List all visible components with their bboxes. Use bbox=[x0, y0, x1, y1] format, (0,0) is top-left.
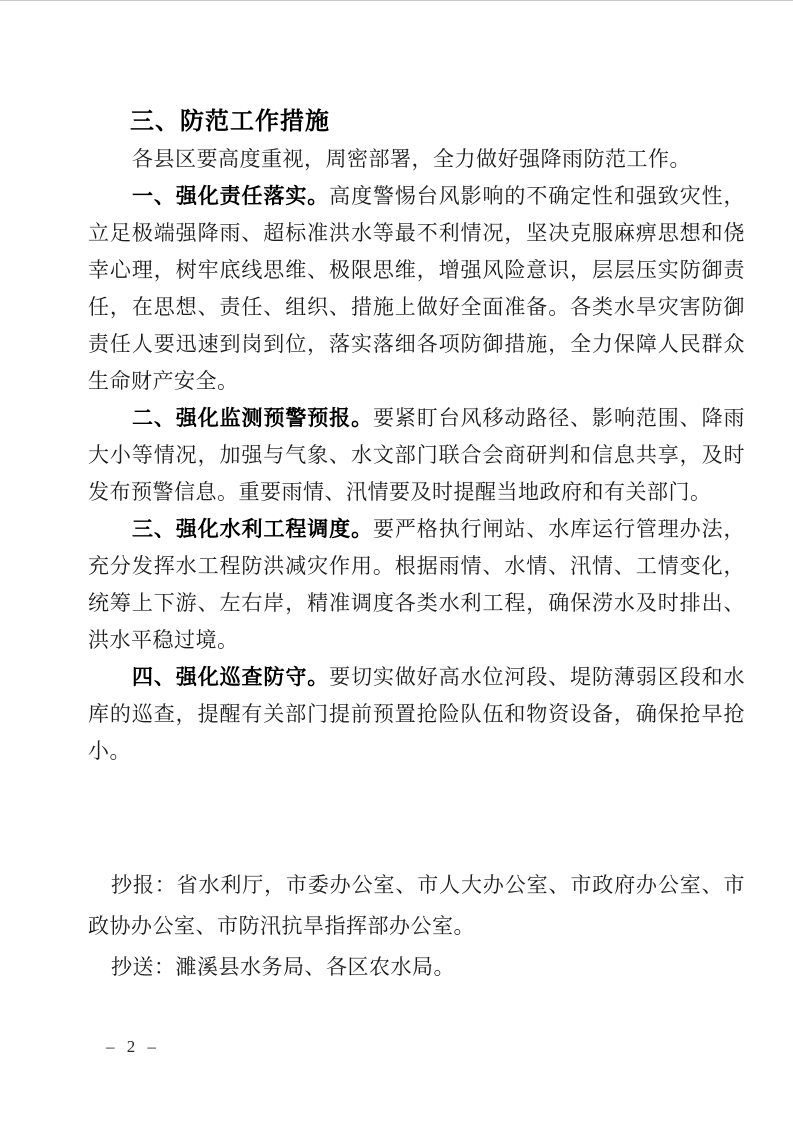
measure-paragraph-2: 二、强化监测预警预报。要紧盯台风移动路径、影响范围、降雨大小等情况，加强与气象、… bbox=[88, 400, 745, 511]
measure-paragraph-3: 三、强化水利工程调度。要严格执行闸站、水库运行管理办法，充分发挥水工程防洪减灾作… bbox=[88, 511, 745, 659]
measure-2-lead: 二、强化监测预警预报。 bbox=[132, 406, 373, 430]
cc-send-line: 抄送：濉溪县水务局、各区农水局。 bbox=[88, 947, 745, 988]
page-number: – 2 – bbox=[106, 1037, 160, 1057]
intro-paragraph: 各县区要高度重视，周密部署，全力做好强降雨防范工作。 bbox=[88, 141, 745, 178]
measure-4-lead: 四、强化巡查防守。 bbox=[132, 665, 329, 689]
measure-3-lead: 三、强化水利工程调度。 bbox=[132, 517, 373, 541]
measure-1-lead: 一、强化责任落实。 bbox=[132, 184, 329, 208]
document-page: 三、防范工作措施 各县区要高度重视，周密部署，全力做好强降雨防范工作。 一、强化… bbox=[0, 0, 793, 1123]
cc-report-line: 抄报：省水利厅，市委办公室、市人大办公室、市政府办公室、市政协办公室、市防汛抗旱… bbox=[88, 865, 745, 947]
document-content: 三、防范工作措施 各县区要高度重视，周密部署，全力做好强降雨防范工作。 一、强化… bbox=[88, 101, 745, 988]
measure-paragraph-1: 一、强化责任落实。高度警惕台风影响的不确定性和强致灾性，立足极端强降雨、超标准洪… bbox=[88, 178, 745, 400]
measure-paragraph-4: 四、强化巡查防守。要切实做好高水位河段、堤防薄弱区段和水库的巡查，提醒有关部门提… bbox=[88, 659, 745, 770]
cc-block: 抄报：省水利厅，市委办公室、市人大办公室、市政府办公室、市政协办公室、市防汛抗旱… bbox=[88, 865, 745, 988]
measure-1-text: 高度警惕台风影响的不确定性和强致灾性，立足极端强降雨、超标准洪水等最不利情况，坚… bbox=[88, 184, 745, 393]
section-heading: 三、防范工作措施 bbox=[130, 101, 745, 141]
